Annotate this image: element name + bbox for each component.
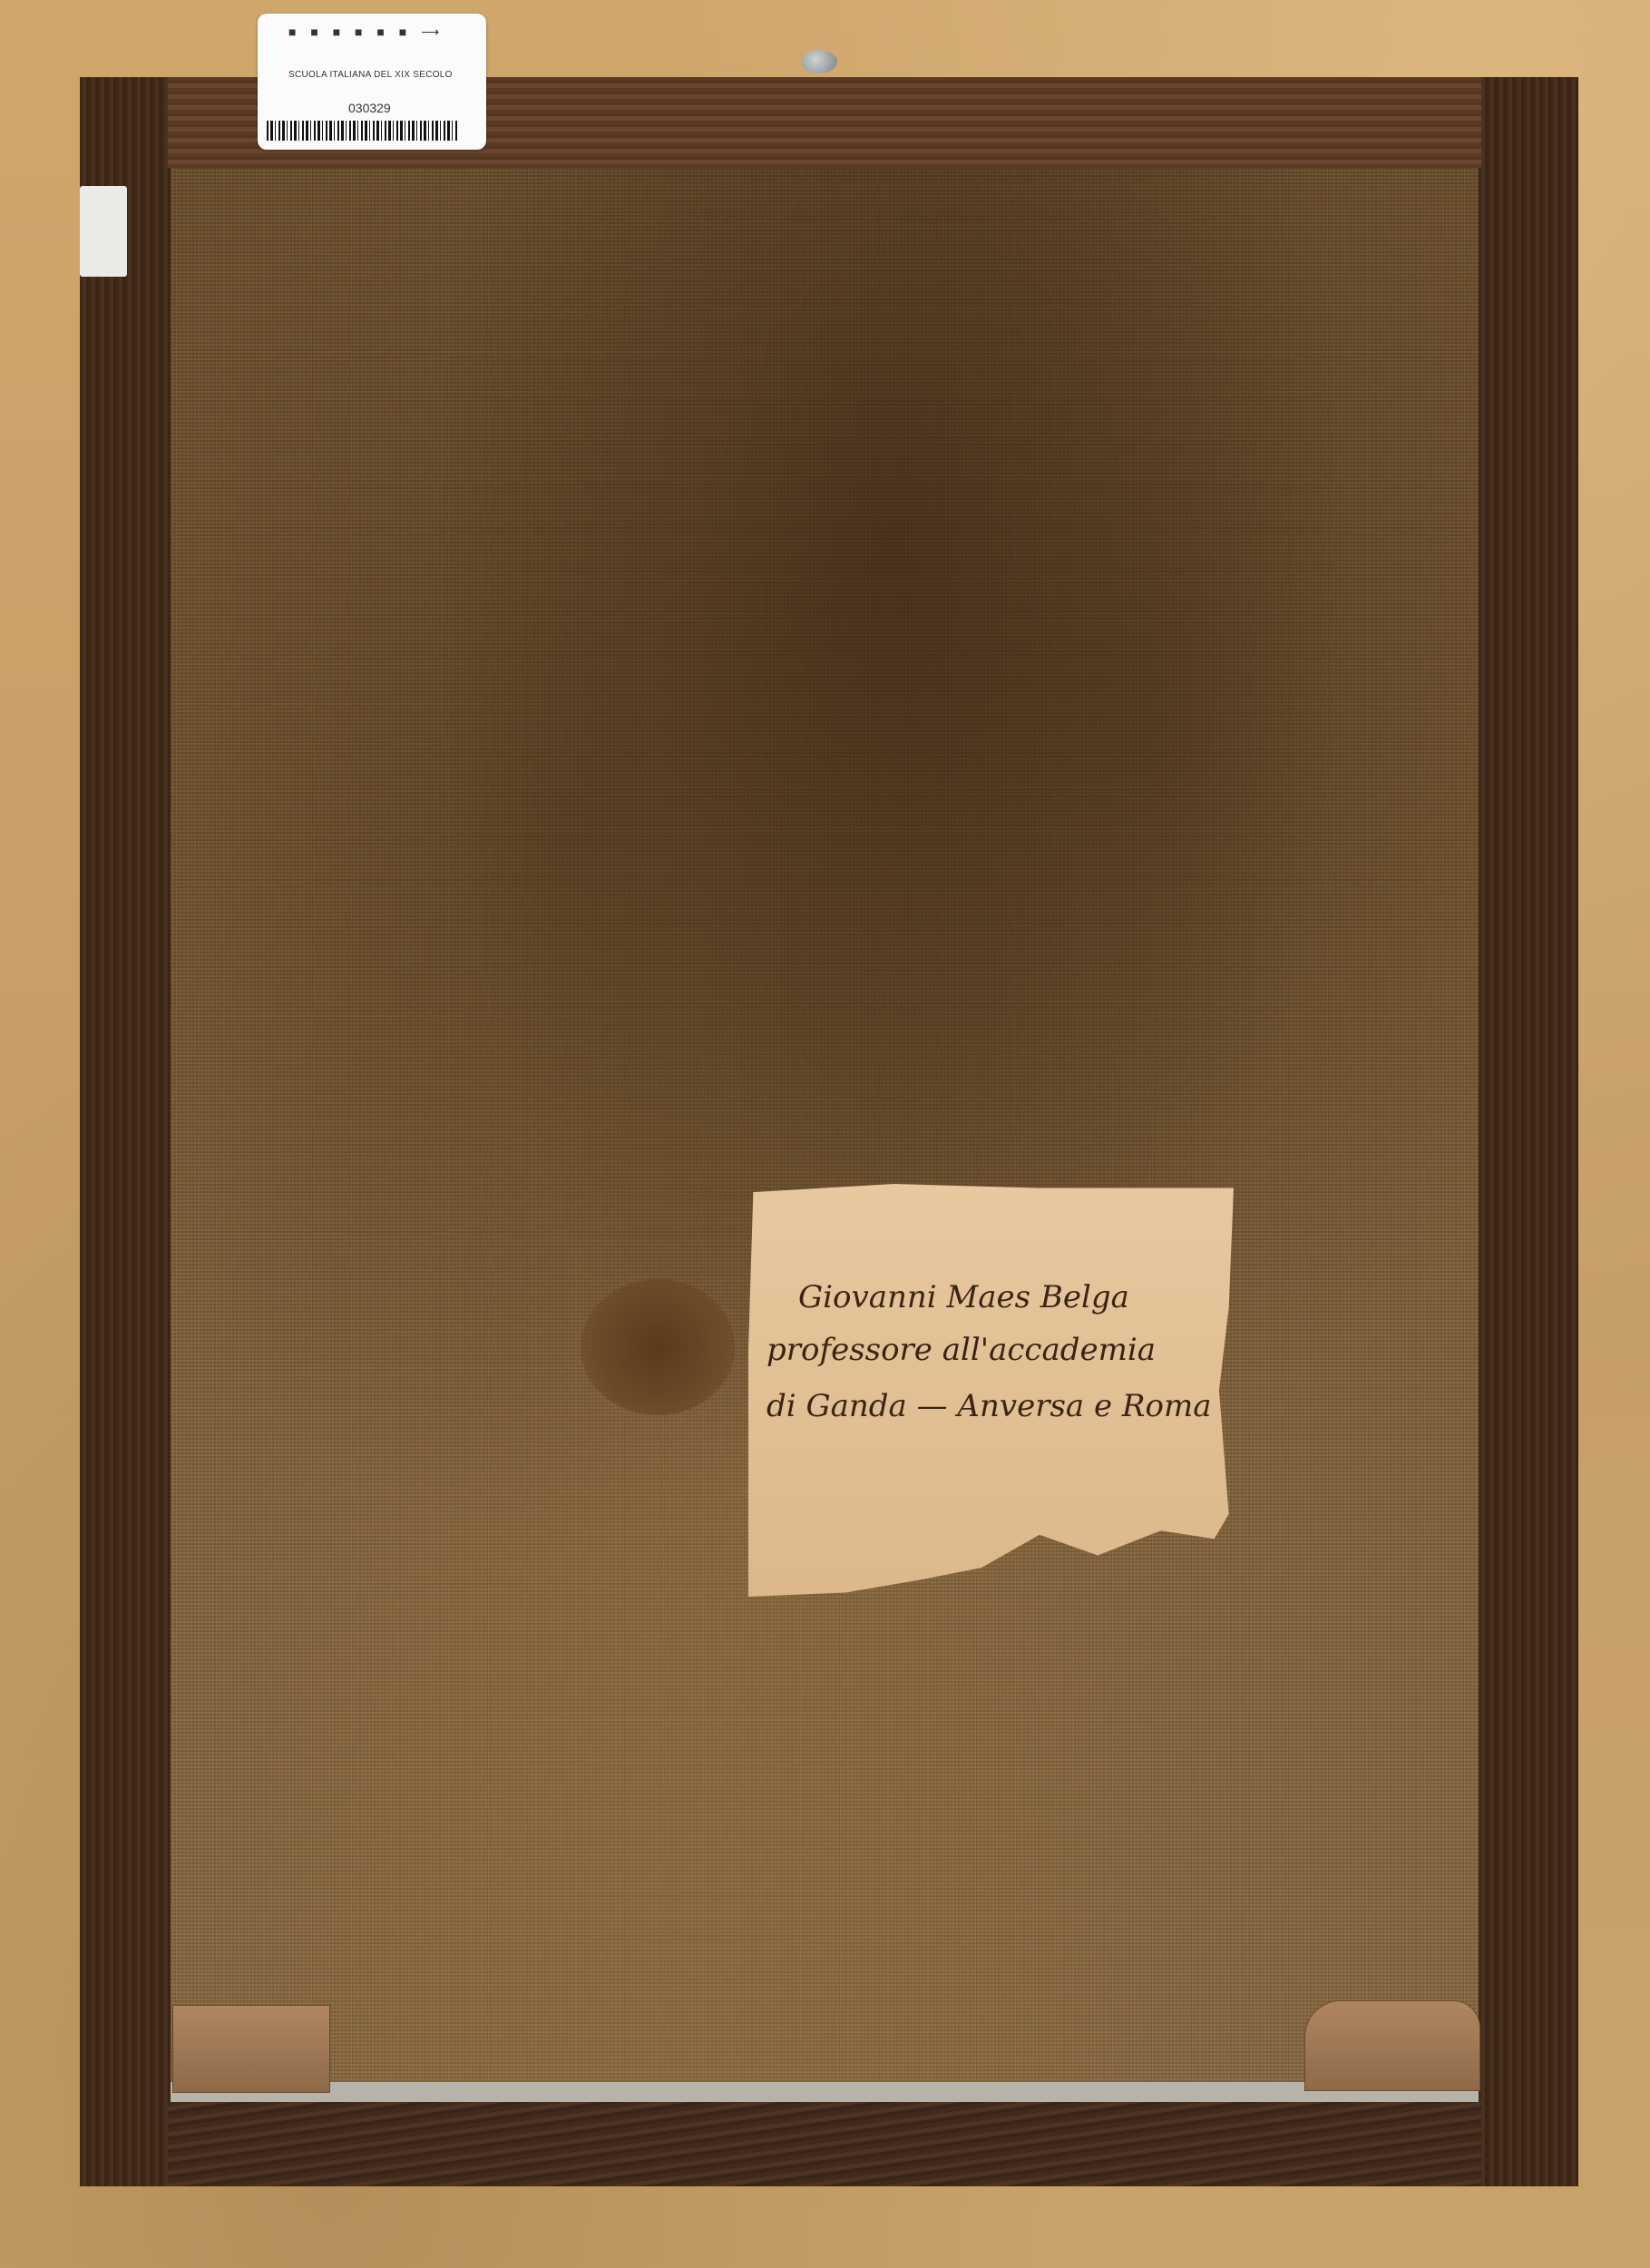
inventory-label-title: SCUOLA ITALIANA DEL XIX SECOLO (288, 70, 453, 80)
stain (581, 1279, 735, 1415)
stretcher-bottom-rail (168, 2102, 1481, 2186)
hanging-hook (801, 50, 837, 73)
canvas-back (171, 168, 1479, 2082)
corner-key-left (172, 2005, 330, 2093)
corner-key-right (1304, 2000, 1480, 2091)
note-line-2: professore all'accademia (766, 1332, 1156, 1368)
canvas-tack-edge (171, 2082, 1479, 2102)
note-line-3: di Ganda — Anversa e Roma (766, 1388, 1212, 1424)
inventory-label-dots: ■ ■ ■ ■ ■ ■ ⟶ (288, 24, 444, 40)
inventory-label-number: 030329 (348, 101, 391, 115)
stretcher-right-stile (1479, 77, 1578, 2186)
note-line-1: Giovanni Maes Belga (798, 1279, 1129, 1315)
torn-sticker (80, 186, 127, 277)
barcode (267, 121, 457, 141)
inventory-label: ■ ■ ■ ■ ■ ■ ⟶ SCUOLA ITALIANA DEL XIX SE… (258, 14, 486, 150)
stretcher-left-stile (80, 77, 171, 2186)
